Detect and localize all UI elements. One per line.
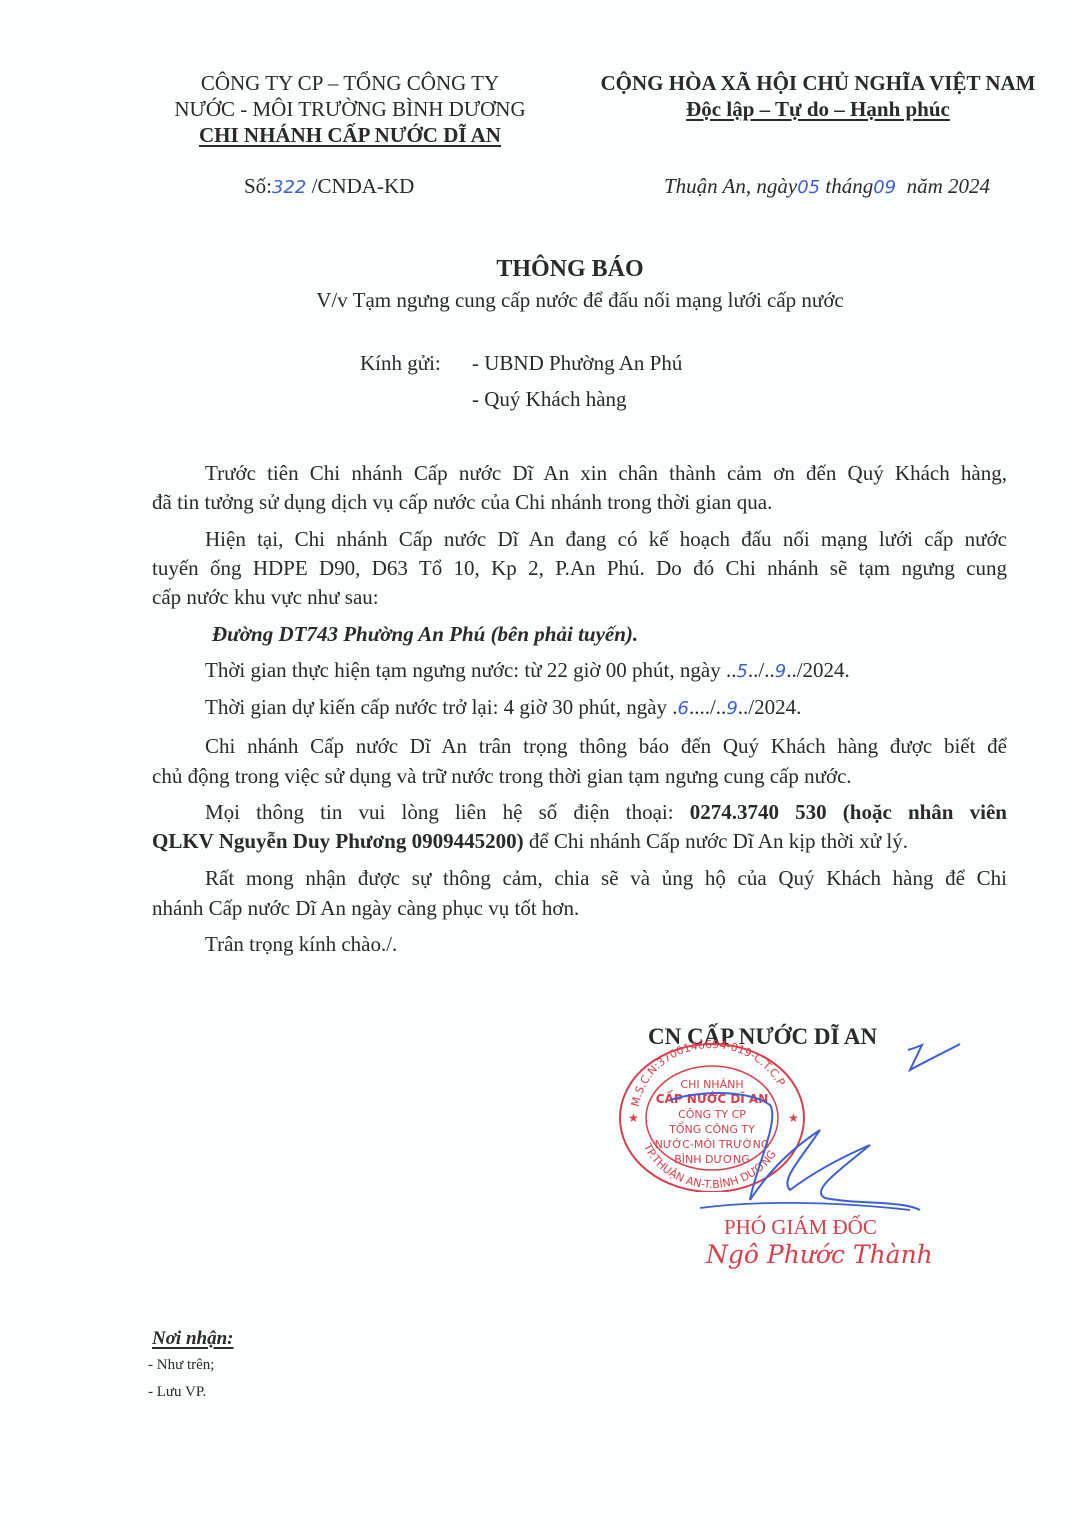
closing: Trân trọng kính chào./. <box>205 929 397 959</box>
paragraph-4-line-1: Mọi thông tin vui lòng liên hệ số điện t… <box>205 797 1007 827</box>
handwritten-stop-day: 5 <box>736 661 747 682</box>
handwritten-resume-month: 9 <box>726 698 737 719</box>
paragraph-4-line-2: QLKV Nguyễn Duy Phương 0909445200) để Ch… <box>152 826 908 856</box>
recipients-footer-item-2: - Lưu VP. <box>148 1384 206 1401</box>
contact-staff: QLKV Nguyễn Duy Phương 0909445200) <box>152 829 524 853</box>
company-line-2: NƯỚC - MÔI TRƯỜNG BÌNH DƯƠNG <box>150 96 550 122</box>
national-title: CỘNG HÒA XÃ HỘI CHỦ NGHĨA VIỆT NAM <box>578 70 1058 96</box>
recipients-label: Kính gửi: <box>360 348 441 378</box>
handwritten-day: 05 <box>797 177 820 198</box>
handwritten-signature <box>660 1030 980 1220</box>
handwritten-month: 09 <box>873 177 896 198</box>
contact-phone: 0274.3740 530 (hoặc nhân viên <box>690 800 1007 824</box>
svg-text:★: ★ <box>628 1111 639 1125</box>
stop-time: Thời gian thực hiện tạm ngưng nước: từ 2… <box>205 655 850 687</box>
national-motto: Độc lập – Tự do – Hạnh phúc <box>578 96 1058 122</box>
branch-name: CHI NHÁNH CẤP NƯỚC DĨ AN <box>150 122 550 148</box>
paragraph-5-line-2: nhánh Cấp nước Dĩ An ngày càng phục vụ t… <box>152 893 579 923</box>
header-right: CỘNG HÒA XÃ HỘI CHỦ NGHĨA VIỆT NAM Độc l… <box>578 70 1058 122</box>
handwritten-resume-day: 6 <box>678 698 689 719</box>
document-number: Số:322 /CNDA-KD <box>244 174 414 199</box>
header-left: CÔNG TY CP – TỔNG CÔNG TY NƯỚC - MÔI TRƯ… <box>150 70 550 148</box>
company-line-1: CÔNG TY CP – TỔNG CÔNG TY <box>150 70 550 96</box>
recipients-footer-item-1: - Như trên; <box>148 1357 214 1374</box>
document-subject: V/v Tạm ngưng cung cấp nước để đấu nối m… <box>0 288 1076 313</box>
recipients-footer-label: Nơi nhận: <box>152 1328 233 1350</box>
recipient-1: - UBND Phường An Phú <box>472 348 682 378</box>
paragraph-3-line-2: chủ động trong việc sử dụng và trữ nước … <box>152 761 852 791</box>
paragraph-5-line-1: Rất mong nhận được sự thông cảm, chia sẽ… <box>205 863 1007 893</box>
paragraph-1-line-2: đã tin tưởng sử dụng dịch vụ cấp nước củ… <box>152 487 772 517</box>
signature-position: PHÓ GIÁM ĐỐC <box>724 1215 877 1240</box>
signature-name: Ngô Phước Thành <box>706 1240 933 1269</box>
paragraph-2-line-1: Hiện tại, Chi nhánh Cấp nước Dĩ An đang … <box>205 524 1007 554</box>
handwritten-stop-month: 9 <box>775 661 786 682</box>
handwritten-number: 322 <box>272 177 306 198</box>
paragraph-1-line-1: Trước tiên Chi nhánh Cấp nước Dĩ An xin … <box>205 458 1007 488</box>
affected-area: Đường DT743 Phường An Phú (bên phải tuyế… <box>212 619 638 649</box>
paragraph-2-line-3: cấp nước khu vực như sau: <box>152 582 379 612</box>
paragraph-3-line-1: Chi nhánh Cấp nước Dĩ An trân trọng thôn… <box>205 731 1007 761</box>
document-title: THÔNG BÁO <box>0 256 1076 283</box>
recipient-2: - Quý Khách hàng <box>472 384 627 414</box>
resume-time: Thời gian dự kiến cấp nước trở lại: 4 gi… <box>205 692 801 724</box>
paragraph-2-line-2: tuyến ống HDPE D90, D63 Tổ 10, Kp 2, P.A… <box>152 553 1007 583</box>
date-line: Thuận An, ngày05 tháng09 năm 2024 <box>664 174 990 199</box>
